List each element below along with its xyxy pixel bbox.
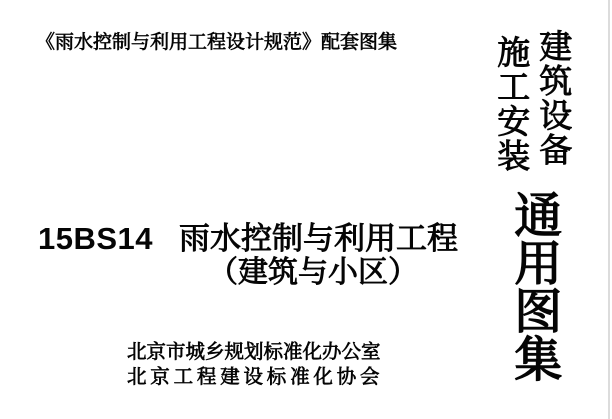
title-row: 15BS14 雨水控制与利用工程	[38, 223, 458, 256]
publisher-block: 北京市城乡规划标准化办公室 北京工程建设标准化协会	[127, 340, 387, 390]
atlas-cover-page: 《雨水控制与利用工程设计规范》配套图集 15BS14 雨水控制与利用工程 （建筑…	[0, 0, 612, 419]
atlas-subtitle: （建筑与小区）	[208, 257, 418, 289]
atlas-title: 雨水控制与利用工程	[179, 223, 458, 256]
publisher-line-2: 北京工程建设标准化协会	[127, 365, 387, 390]
side-category-construction-install: 施工安装	[493, 35, 529, 173]
side-atlas-type: 通用图集	[506, 190, 559, 382]
side-category-building-equipment: 建筑设备	[535, 29, 571, 167]
page-edge-line	[608, 0, 610, 419]
atlas-code: 15BS14	[38, 223, 153, 256]
series-note: 《雨水控制与利用工程设计规范》配套图集	[36, 27, 397, 54]
publisher-line-1: 北京市城乡规划标准化办公室	[127, 340, 387, 365]
